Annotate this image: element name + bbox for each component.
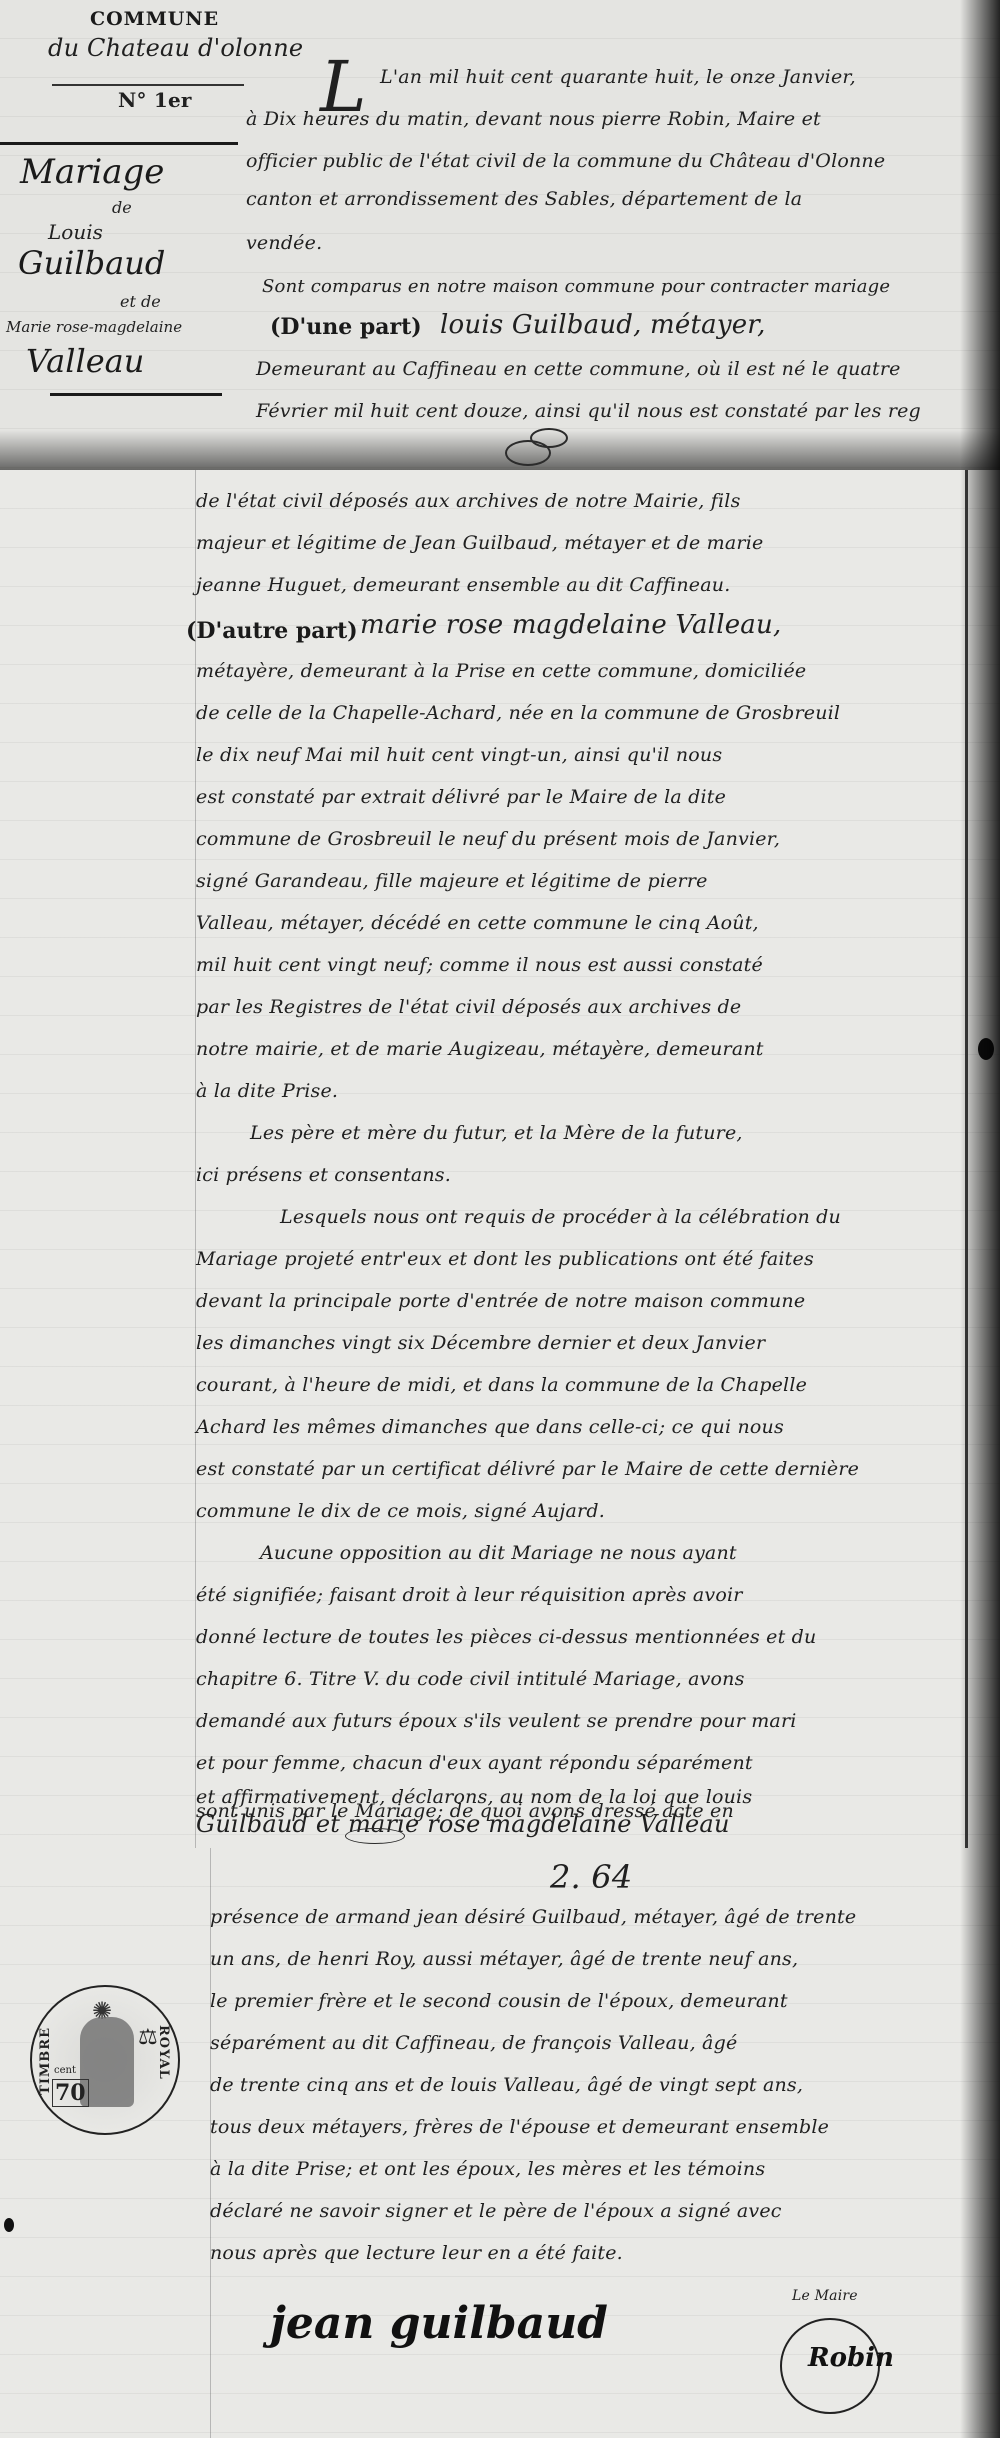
signature-father-of-groom: jean guilbaud	[270, 2298, 608, 2349]
text-line: Février mil huit cent douze, ainsi qu'il…	[256, 400, 921, 422]
margin-divider-rule	[0, 142, 238, 145]
text-line: devant la principale porte d'entrée de n…	[196, 1290, 805, 1312]
header-ornament-rule	[52, 84, 244, 86]
text-line: nous après que lecture leur en a été fai…	[210, 2242, 623, 2264]
party-label-bride: (D'autre part)	[186, 618, 358, 644]
punch-hole	[978, 1038, 994, 1060]
stamp-left-text: TIMBRE	[38, 2027, 53, 2095]
text-line: signé Garandeau, fille majeure et légiti…	[196, 870, 708, 892]
text-line: métayère, demeurant à la Prise en cette …	[196, 660, 806, 682]
party-label-text: D'une part	[280, 314, 411, 340]
text-line: de celle de la Chapelle-Achard, née en l…	[196, 702, 840, 724]
text-line: séparément au dit Caffineau, de françois…	[210, 2032, 737, 2054]
margin-of-1: de	[112, 198, 132, 217]
bride-last-name-margin: Valleau	[26, 342, 144, 380]
text-line: majeur et légitime de Jean Guilbaud, mét…	[196, 532, 763, 554]
text-line: par les Registres de l'état civil déposé…	[196, 996, 741, 1018]
text-line: mil huit cent vingt neuf; comme il nous …	[196, 954, 763, 976]
commune-label: COMMUNE	[90, 8, 219, 30]
text-line: et pour femme, chacun d'eux ayant répond…	[196, 1752, 753, 1774]
margin-and-of: et de	[120, 292, 161, 311]
text-line: à la dite Prise.	[196, 1080, 338, 1102]
stamp-right-text: ROYAL	[156, 2025, 171, 2080]
text-line: ici présens et consentans.	[196, 1164, 451, 1186]
text-line: est constaté par un certificat délivré p…	[196, 1458, 859, 1480]
text-line: Valleau, métayer, décédé en cette commun…	[196, 912, 759, 934]
text-line-bride-name: marie rose magdelaine Valleau,	[360, 610, 781, 640]
groom-last-name-margin: Guilbaud	[18, 244, 165, 282]
text-line: Lesquels nous ont requis de procéder à l…	[280, 1206, 841, 1228]
text-line: tous deux métayers, frères de l'épouse e…	[210, 2116, 829, 2138]
punch-hole	[4, 2218, 14, 2232]
text-line: les dimanches vingt six Décembre dernier…	[196, 1332, 765, 1354]
text-line: Sont comparus en notre maison commune po…	[262, 276, 890, 297]
text-line: commune le dix de ce mois, signé Aujard.	[196, 1500, 605, 1522]
text-line: vendée.	[246, 232, 322, 254]
margin-end-rule	[50, 393, 222, 396]
text-line: officier public de l'état civil de la co…	[246, 150, 885, 172]
bride-first-name-margin: Marie rose-magdelaine	[6, 318, 182, 336]
text-line: présence de armand jean désiré Guilbaud,…	[210, 1906, 856, 1928]
signature-mayor: Robin	[808, 2343, 894, 2373]
party-label-groom: (D'une part)	[270, 314, 422, 340]
text-line: un ans, de henri Roy, aussi métayer, âgé…	[210, 1948, 798, 1970]
text-line: est constaté par extrait délivré par le …	[196, 786, 726, 808]
paraph-flourish	[345, 1828, 405, 1844]
text-line: Mariage projeté entr'eux et dont les pub…	[196, 1248, 814, 1270]
text-line: de l'état civil déposés aux archives de …	[196, 490, 741, 512]
text-line-groom-name: louis Guilbaud, métayer,	[440, 310, 766, 340]
text-line: jeanne Huguet, demeurant ensemble au dit…	[196, 574, 730, 596]
right-page-edge	[965, 470, 968, 1848]
text-line: déclaré ne savoir signer et le père de l…	[210, 2200, 782, 2222]
text-line: demandé aux futurs époux s'ils veulent s…	[196, 1710, 797, 1732]
page-fragment-3: 2. 64 présence de armand jean désiré Gui…	[0, 1848, 1000, 2438]
party-label-text: D'autre part	[196, 618, 347, 644]
text-line: Les père et mère du futur, et la Mère de…	[250, 1122, 743, 1144]
text-line: donné lecture de toutes les pièces ci-de…	[196, 1626, 816, 1648]
text-line: à Dix heures du matin, devant nous pierr…	[246, 108, 821, 130]
text-line: à la dite Prise; et ont les époux, les m…	[210, 2158, 765, 2180]
text-line: sont unis par le Mariage; de quoi avons …	[196, 1800, 734, 1822]
text-line: été signifiée; faisant droit à leur réqu…	[196, 1584, 743, 1606]
stamp-value: 70	[52, 2079, 89, 2107]
text-line: Aucune opposition au dit Mariage ne nous…	[260, 1542, 737, 1564]
text-line: le dix neuf Mai mil huit cent vingt-un, …	[196, 744, 722, 766]
text-line: commune de Grosbreuil le neuf du présent…	[196, 828, 780, 850]
groom-first-name-margin: Louis	[48, 220, 103, 244]
signature-mayor-title: Le Maire	[792, 2288, 858, 2304]
paraph-flourish	[530, 428, 568, 448]
commune-name: du Chateau d'olonne	[48, 34, 303, 62]
text-line: L'an mil huit cent quarante huit, le onz…	[380, 66, 856, 88]
text-line: courant, à l'heure de midi, et dans la c…	[196, 1374, 807, 1396]
folio-number: 2. 64	[550, 1858, 632, 1896]
text-line: le premier frère et le second cousin de …	[210, 1990, 788, 2012]
page-fragment-1: COMMUNE du Chateau d'olonne N° 1er Maria…	[0, 0, 1000, 470]
text-line: notre mairie, et de marie Augizeau, méta…	[196, 1038, 764, 1060]
page-fragment-2: de l'état civil déposés aux archives de …	[0, 470, 1000, 1848]
scales-icon: ⚖	[138, 2025, 158, 2050]
margin-rule	[210, 1848, 211, 2438]
text-line: chapitre 6. Titre V. du code civil intit…	[196, 1668, 745, 1690]
act-type-title: Mariage	[20, 152, 164, 192]
text-line: Demeurant au Caffineau en cette commune,…	[256, 358, 901, 380]
royal-tax-stamp: ✺ TIMBRE ROYAL cent 70 ⚖	[30, 1985, 180, 2135]
text-line: canton et arrondissement des Sables, dép…	[246, 188, 802, 210]
text-line: de trente cinq ans et de louis Valleau, …	[210, 2074, 803, 2096]
text-line: Achard les mêmes dimanches que dans cell…	[196, 1416, 784, 1438]
stamp-cent-label: cent	[54, 2065, 76, 2076]
record-number: N° 1er	[118, 88, 192, 112]
